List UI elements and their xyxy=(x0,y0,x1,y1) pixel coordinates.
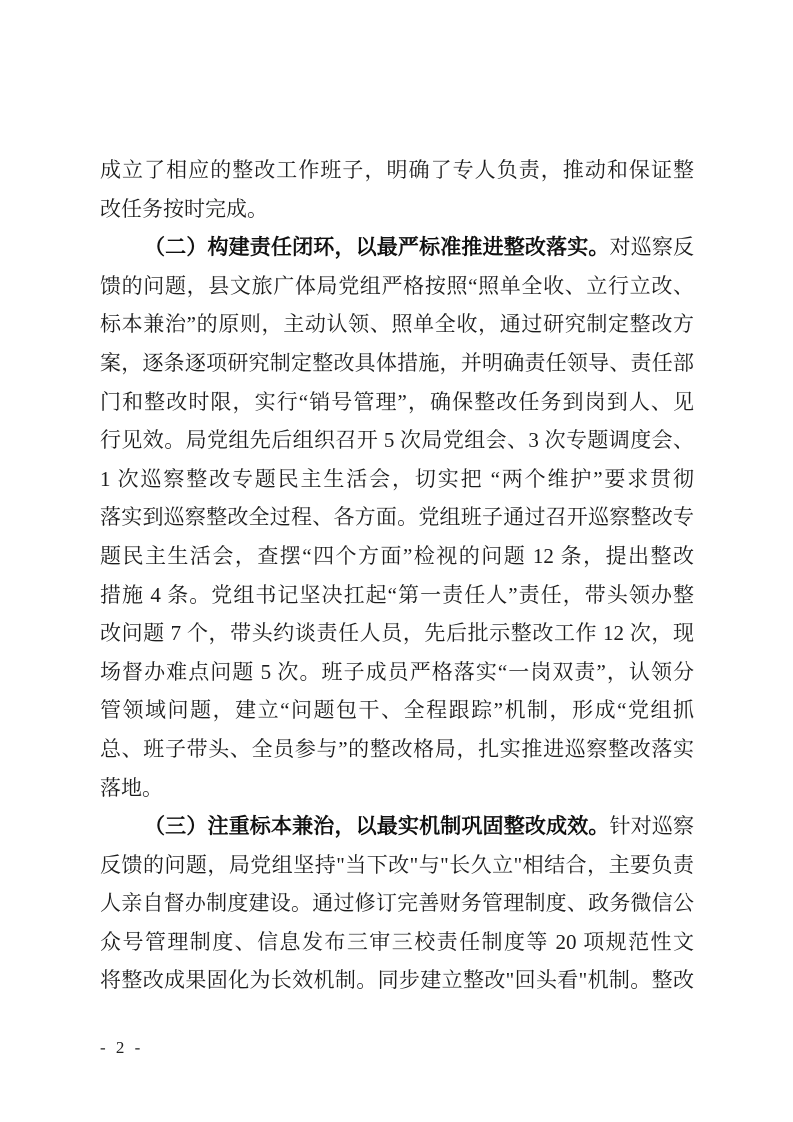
paragraph: （二）构建责任闭环，以最严标准推进整改落实。对巡察反馈的问题，县文旅广体局党组严… xyxy=(100,228,694,807)
text-segment: 改任务按时完成。 xyxy=(100,197,268,221)
text-line: 落地。 xyxy=(100,769,694,808)
text-segment: 针对巡察 xyxy=(610,814,694,838)
text-segment: 人亲自督办制度建设。通过修订完善财务管理制度、政务微信公 xyxy=(100,891,694,915)
text-line: （三）注重标本兼治，以最实机制巩固整改成效。针对巡察 xyxy=(100,807,694,846)
heading-segment: （二）构建责任闭环，以最严标准推进整改落实。 xyxy=(144,235,610,259)
text-segment: 落地。 xyxy=(100,776,163,800)
text-line: 改任务按时完成。 xyxy=(100,190,694,229)
text-line: 成立了相应的整改工作班子，明确了专人负责，推动和保证整 xyxy=(100,151,694,190)
text-line: 将整改成果固化为长效机制。同步建立整改"回头看"机制。整改 xyxy=(100,961,694,1000)
text-line: 总、班子带头、全员参与”的整改格局，扎实推进巡察整改落实 xyxy=(100,730,694,769)
page-number: - 2 - xyxy=(100,1038,143,1058)
text-segment: 成立了相应的整改工作班子，明确了专人负责，推动和保证整 xyxy=(100,158,694,182)
text-line: 题民主生活会，查摆“四个方面”检视的问题 12 条，提出整改 xyxy=(100,537,694,576)
text-segment: 众号管理制度、信息发布三审三校责任制度等 20 项规范性文件， xyxy=(100,930,694,962)
text-segment: 案，逐条逐项研究制定整改具体措施，并明确责任领导、责任部 xyxy=(100,351,694,375)
text-segment: 对巡察反 xyxy=(610,235,694,259)
text-line: 众号管理制度、信息发布三审三校责任制度等 20 项规范性文件， xyxy=(100,923,694,962)
text-line: 措施 4 条。党组书记坚决扛起“第一责任人”责任，带头领办整 xyxy=(100,576,694,615)
text-segment: 措施 4 条。党组书记坚决扛起“第一责任人”责任，带头领办整 xyxy=(100,583,694,607)
text-line: （二）构建责任闭环，以最严标准推进整改落实。对巡察反 xyxy=(100,228,694,267)
text-line: 标本兼治”的原则，主动认领、照单全收，通过研究制定整改方 xyxy=(100,305,694,344)
text-line: 案，逐条逐项研究制定整改具体措施，并明确责任领导、责任部 xyxy=(100,344,694,383)
text-line: 馈的问题，县文旅广体局党组严格按照“照单全收、立行立改、 xyxy=(100,267,694,306)
text-segment: 改问题 7 个，带头约谈责任人员，先后批示整改工作 12 次，现 xyxy=(100,621,694,645)
text-segment: 馈的问题，县文旅广体局党组严格按照“照单全收、立行立改、 xyxy=(100,274,694,298)
document-body: 成立了相应的整改工作班子，明确了专人负责，推动和保证整改任务按时完成。（二）构建… xyxy=(100,151,694,1000)
text-line: 人亲自督办制度建设。通过修订完善财务管理制度、政务微信公 xyxy=(100,884,694,923)
text-segment: 场督办难点问题 5 次。班子成员严格落实“一岗双责”，认领分 xyxy=(100,660,694,684)
text-line: 场督办难点问题 5 次。班子成员严格落实“一岗双责”，认领分 xyxy=(100,653,694,692)
text-segment: 反馈的问题，局党组坚持"当下改"与"长久立"相结合，主要负责 xyxy=(100,853,694,877)
text-line: 门和整改时限，实行“销号管理”，确保整改任务到岗到人、见 xyxy=(100,383,694,422)
text-segment: 将整改成果固化为长效机制。同步建立整改"回头看"机制。整改 xyxy=(100,968,694,992)
text-segment: 1 次巡察整改专题民主生活会，切实把 “两个维护”要求贯彻 xyxy=(100,467,694,491)
paragraph: （三）注重标本兼治，以最实机制巩固整改成效。针对巡察反馈的问题，局党组坚持"当下… xyxy=(100,807,694,1000)
text-segment: 行见效。局党组先后组织召开 5 次局党组会、3 次专题调度会、 xyxy=(100,428,694,452)
text-line: 行见效。局党组先后组织召开 5 次局党组会、3 次专题调度会、 xyxy=(100,421,694,460)
text-line: 改问题 7 个，带头约谈责任人员，先后批示整改工作 12 次，现 xyxy=(100,614,694,653)
text-line: 管领域问题，建立“问题包干、全程跟踪”机制，形成“党组抓 xyxy=(100,691,694,730)
text-segment: 标本兼治”的原则，主动认领、照单全收，通过研究制定整改方 xyxy=(100,312,694,336)
text-segment: 管领域问题，建立“问题包干、全程跟踪”机制，形成“党组抓 xyxy=(100,698,694,722)
paragraph: 成立了相应的整改工作班子，明确了专人负责，推动和保证整改任务按时完成。 xyxy=(100,151,694,228)
text-line: 反馈的问题，局党组坚持"当下改"与"长久立"相结合，主要负责 xyxy=(100,846,694,885)
text-segment: 题民主生活会，查摆“四个方面”检视的问题 12 条，提出整改 xyxy=(100,544,694,568)
text-line: 落实到巡察整改全过程、各方面。党组班子通过召开巡察整改专 xyxy=(100,498,694,537)
text-segment: 门和整改时限，实行“销号管理”，确保整改任务到岗到人、见 xyxy=(100,390,694,414)
text-line: 1 次巡察整改专题民主生活会，切实把 “两个维护”要求贯彻 xyxy=(100,460,694,499)
document-page: 成立了相应的整改工作班子，明确了专人负责，推动和保证整改任务按时完成。（二）构建… xyxy=(0,0,793,1122)
heading-segment: （三）注重标本兼治，以最实机制巩固整改成效。 xyxy=(144,814,610,838)
text-segment: 总、班子带头、全员参与”的整改格局，扎实推进巡察整改落实 xyxy=(100,737,694,761)
text-segment: 落实到巡察整改全过程、各方面。党组班子通过召开巡察整改专 xyxy=(100,505,694,529)
